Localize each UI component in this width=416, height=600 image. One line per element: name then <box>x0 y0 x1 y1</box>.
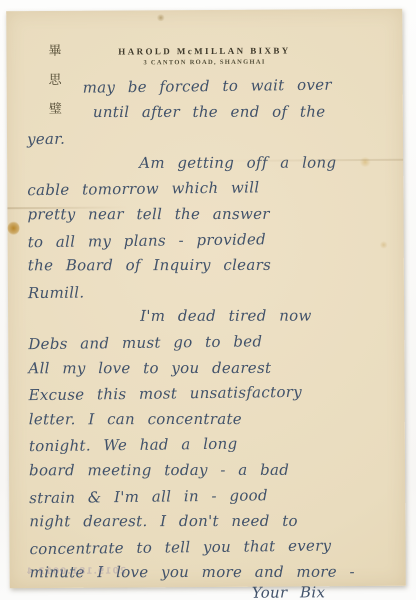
letter-line: Excuse this most unsatisfactory <box>28 379 388 409</box>
foxing-spot <box>156 14 165 21</box>
foxing-spot <box>380 241 388 249</box>
letter-line: may be forced to wait over <box>83 72 387 101</box>
letterhead-address: 3 CANTON ROAD, SHANGHAI <box>7 58 403 67</box>
letter-line: to all my plans - provided <box>28 225 388 255</box>
letterhead-name: HAROLD McMILLAN BIXBY <box>6 45 402 57</box>
letter-line: Rumill. <box>28 277 388 307</box>
letter-line: the Board of Inquiry clears <box>28 253 388 279</box>
letter-line: I'm dead tired now <box>140 304 388 330</box>
letter-line: tonight. We had a long <box>29 430 389 460</box>
letter-line: year. <box>27 123 387 153</box>
letter-line: letter. I can concentrate <box>29 406 389 432</box>
letter-line: board meeting today - a bad <box>29 458 389 484</box>
handwritten-body: may be forced to wait over until after t… <box>21 73 390 600</box>
letter-line: concentrate to tell you that every <box>29 532 389 562</box>
letter-line: pretty near tell the answer <box>27 202 387 228</box>
letter-line: until after the end of the <box>93 99 387 125</box>
letter-line: cable tomorrow which will <box>27 174 387 204</box>
paper-stain <box>8 221 20 235</box>
bleed-through-accession-stamp: 2019.181.0013.4 <box>26 566 126 577</box>
letterhead: HAROLD McMILLAN BIXBY 3 CANTON ROAD, SHA… <box>6 45 402 67</box>
letter-line: strain & I'm all in - good <box>29 481 389 511</box>
letter-line: Am getting off a long <box>139 150 387 176</box>
chinese-character: 畢 <box>48 45 61 58</box>
letter-paper: HAROLD McMILLAN BIXBY 3 CANTON ROAD, SHA… <box>6 9 406 588</box>
letter-line: Debs and must go to bed <box>28 328 388 358</box>
letter-line: night dearest. I don't need to <box>29 509 389 535</box>
letter-line: All my love to you dearest <box>28 355 388 381</box>
